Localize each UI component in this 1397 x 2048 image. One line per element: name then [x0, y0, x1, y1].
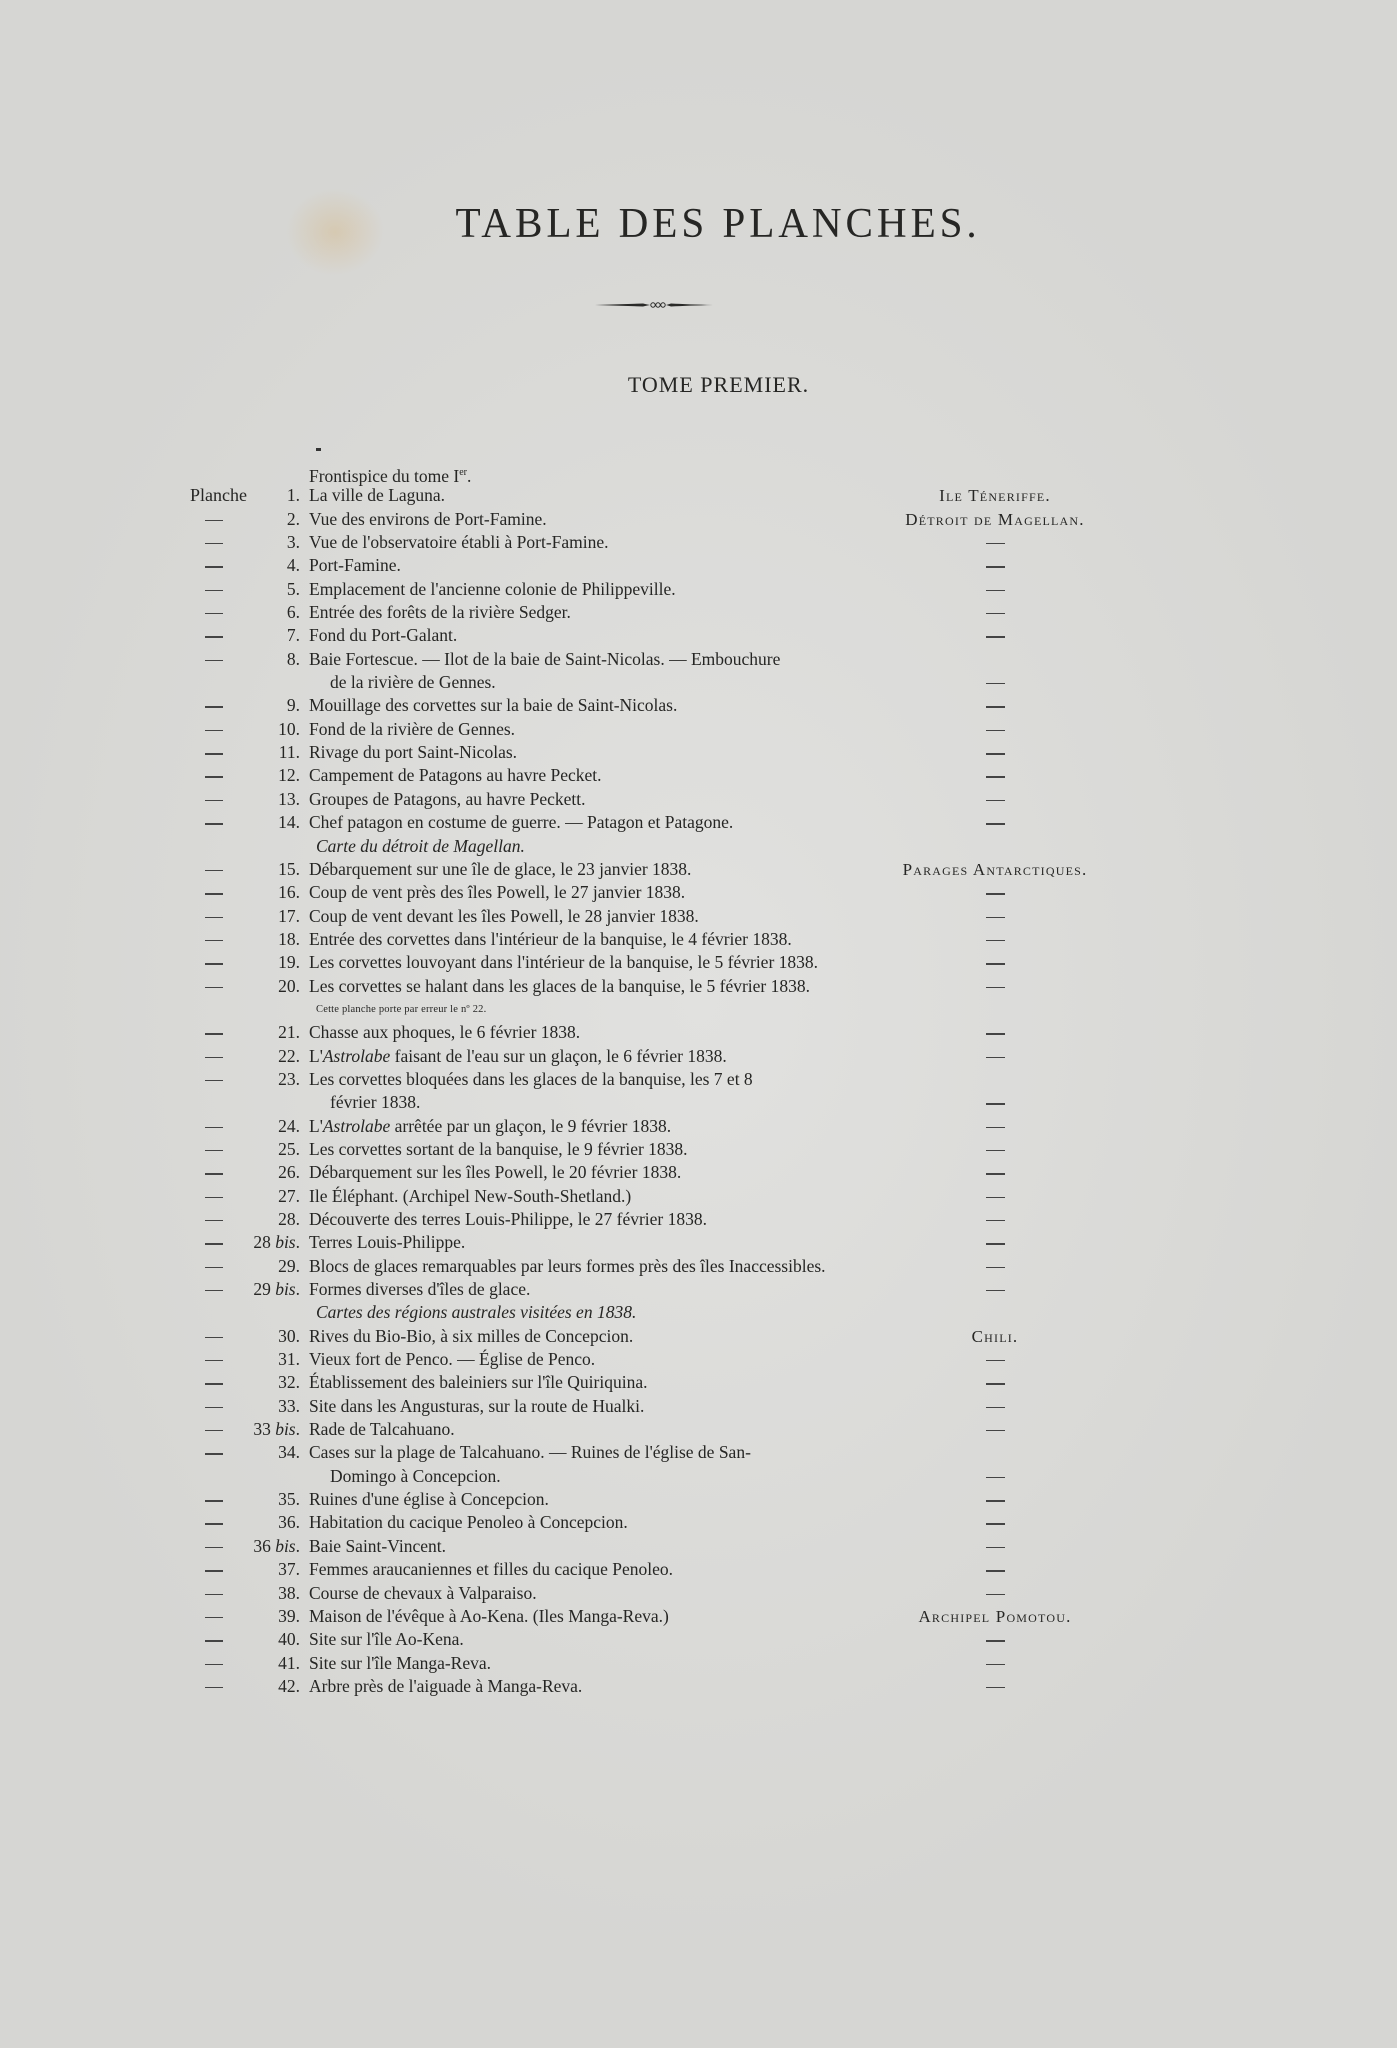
plate-row: 16.Coup de vent près des îles Powell, le…: [0, 881, 1397, 904]
ditto-dash-icon: [205, 1664, 223, 1665]
plate-number: 33.: [278, 1395, 300, 1418]
region-ditto-dash-icon: [986, 1103, 1005, 1104]
plate-row: 19.Les corvettes louvoyant dans l'intéri…: [0, 951, 1397, 974]
region-ditto-dash-icon: [986, 1220, 1005, 1221]
ditto-dash-icon: [205, 1383, 223, 1384]
plates-list: Frontispice du tome Ier. Planche1.La vil…: [0, 461, 1397, 1698]
ditto-dash-icon: [205, 1080, 223, 1081]
plate-number: 28 bis.: [253, 1231, 300, 1254]
plate-row-continuation: février 1838.: [0, 1091, 1397, 1114]
ditto-dash-icon: [205, 1430, 223, 1431]
ditto-dash-icon: [205, 870, 223, 871]
plate-number: 8.: [287, 648, 300, 671]
plate-number: 29 bis.: [253, 1278, 300, 1301]
plate-row: 8.Baie Fortescue. — Ilot de la baie de S…: [0, 648, 1397, 671]
plate-title: Entrée des forêts de la rivière Sedger.: [309, 601, 571, 624]
ditto-dash-icon: [205, 566, 223, 567]
region-ditto-dash-icon: [986, 1523, 1005, 1524]
ditto-dash-icon: [205, 590, 223, 591]
plate-number: 13.: [278, 788, 300, 811]
region-heading: Archipel Pomotou.: [845, 1605, 1145, 1628]
plate-number: 23.: [278, 1068, 300, 1091]
book-page: TABLE DES PLANCHES. TOME PREMIER. Fronti…: [0, 0, 1397, 2048]
plate-number: 28.: [278, 1208, 300, 1231]
ditto-dash-icon: [205, 1057, 223, 1058]
plate-row: 36.Habitation du cacique Penoleo à Conce…: [0, 1511, 1397, 1534]
plate-title: Découverte des terres Louis-Philippe, le…: [309, 1208, 707, 1231]
plate-number: 6.: [287, 601, 300, 624]
plate-number: 36.: [278, 1511, 300, 1534]
region-ditto-dash-icon: [986, 1500, 1005, 1501]
plate-number: 41.: [278, 1652, 300, 1675]
region-ditto-dash-icon: [986, 1430, 1005, 1431]
region-ditto-dash-icon: [986, 1640, 1005, 1641]
ditto-dash-icon: [205, 776, 223, 777]
plate-row: 40.Site sur l'île Ao-Kena.: [0, 1628, 1397, 1651]
ditto-dash-icon: [205, 520, 223, 521]
plate-title: Site sur l'île Ao-Kena.: [309, 1628, 464, 1651]
map-caption-row: Carte du détroit de Magellan.: [0, 835, 1397, 858]
region-ditto-dash-icon: [986, 590, 1005, 591]
ditto-dash-icon: [205, 730, 223, 731]
region-ditto-dash-icon: [986, 1570, 1005, 1571]
plate-title: de la rivière de Gennes.: [330, 671, 496, 694]
printer-mark: [316, 448, 321, 451]
plate-title: L'Astrolabe arrêtée par un glaçon, le 9 …: [309, 1115, 671, 1138]
plate-row-continuation: Domingo à Concepcion.: [0, 1465, 1397, 1488]
plate-row: 17.Coup de vent devant les îles Powell, …: [0, 905, 1397, 928]
plate-row: 13.Groupes de Patagons, au havre Peckett…: [0, 788, 1397, 811]
plate-title: Domingo à Concepcion.: [330, 1465, 501, 1488]
ditto-dash-icon: [205, 893, 223, 894]
ditto-dash-icon: [205, 636, 223, 637]
region-ditto-dash-icon: [986, 1267, 1005, 1268]
region-ditto-dash-icon: [986, 1127, 1005, 1128]
plate-title: Les corvettes bloquées dans les glaces d…: [309, 1068, 753, 1091]
region-ditto-dash-icon: [986, 1243, 1005, 1244]
region-ditto-dash-icon: [986, 1173, 1005, 1174]
ditto-dash-icon: [205, 1640, 223, 1641]
plate-number: 27.: [278, 1185, 300, 1208]
plate-title: Coup de vent près des îles Powell, le 27…: [309, 881, 685, 904]
region-ditto-dash-icon: [986, 1477, 1005, 1478]
plate-number: 11.: [279, 741, 300, 764]
region-ditto-dash-icon: [986, 1407, 1005, 1408]
plate-row: 30.Rives du Bio-Bio, à six milles de Con…: [0, 1325, 1397, 1348]
plate-title: Femmes araucaniennes et filles du caciqu…: [309, 1558, 673, 1581]
plate-row: 41.Site sur l'île Manga-Reva.: [0, 1652, 1397, 1675]
plate-number: 29.: [278, 1255, 300, 1278]
plate-row: 39.Maison de l'évêque à Ao-Kena. (Iles M…: [0, 1605, 1397, 1628]
plate-row: 15.Débarquement sur une île de glace, le…: [0, 858, 1397, 881]
volume-heading: TOME PREMIER.: [0, 372, 1397, 398]
plate-number: 15.: [278, 858, 300, 881]
plate-title: La ville de Laguna.: [309, 484, 445, 507]
plate-number: 22.: [278, 1045, 300, 1068]
ditto-dash-icon: [205, 543, 223, 544]
region-ditto-dash-icon: [986, 1033, 1005, 1034]
errata-note-row: Cette planche porte par erreur le nº 22.: [0, 998, 1397, 1021]
plate-row: 12.Campement de Patagons au havre Pecket…: [0, 764, 1397, 787]
ditto-dash-icon: [205, 1523, 223, 1524]
region-heading: Chili.: [845, 1325, 1145, 1348]
plate-row: 10.Fond de la rivière de Gennes.: [0, 718, 1397, 741]
region-ditto-dash-icon: [986, 917, 1005, 918]
plate-row: 31.Vieux fort de Penco. — Église de Penc…: [0, 1348, 1397, 1371]
plate-number: 36 bis.: [253, 1535, 300, 1558]
plate-row: 7.Fond du Port-Galant.: [0, 624, 1397, 647]
plate-title: Vue des environs de Port-Famine.: [309, 508, 547, 531]
region-ditto-dash-icon: [986, 1594, 1005, 1595]
plate-title: Formes diverses d'îles de glace.: [309, 1278, 530, 1301]
plate-title: Groupes de Patagons, au havre Peckett.: [309, 788, 586, 811]
plate-row: 18.Entrée des corvettes dans l'intérieur…: [0, 928, 1397, 951]
ditto-dash-icon: [205, 1687, 223, 1688]
plate-title: Port-Famine.: [309, 554, 401, 577]
plate-title: Course de chevaux à Valparaiso.: [309, 1582, 537, 1605]
plate-number: 1.: [287, 484, 300, 507]
plate-number: 14.: [278, 811, 300, 834]
errata-note: Cette planche porte par erreur le nº 22.: [316, 998, 486, 1021]
ditto-dash-icon: [205, 800, 223, 801]
ditto-dash-icon: [205, 1197, 223, 1198]
plate-title: Coup de vent devant les îles Powell, le …: [309, 905, 699, 928]
plate-row: 22.L'Astrolabe faisant de l'eau sur un g…: [0, 1045, 1397, 1068]
plate-row: 32.Établissement des baleiniers sur l'îl…: [0, 1371, 1397, 1394]
plate-number: 30.: [278, 1325, 300, 1348]
plate-number: 34.: [278, 1441, 300, 1464]
map-caption: Carte du détroit de Magellan.: [316, 835, 525, 858]
ditto-dash-icon: [205, 917, 223, 918]
ditto-dash-icon: [205, 706, 223, 707]
plate-title: Habitation du cacique Penoleo à Concepci…: [309, 1511, 628, 1534]
plate-row: 20.Les corvettes se halant dans les glac…: [0, 975, 1397, 998]
region-ditto-dash-icon: [986, 776, 1005, 777]
ditto-dash-icon: [205, 1173, 223, 1174]
region-ditto-dash-icon: [986, 753, 1005, 754]
plate-number: 40.: [278, 1628, 300, 1651]
plate-title: Blocs de glaces remarquables par leurs f…: [309, 1255, 826, 1278]
region-heading: Ile Téneriffe.: [845, 484, 1145, 507]
region-ditto-dash-icon: [986, 1687, 1005, 1688]
plate-row: 3.Vue de l'observatoire établi à Port-Fa…: [0, 531, 1397, 554]
planche-label: Planche: [190, 484, 247, 507]
map-caption-row: Cartes des régions australes visitées en…: [0, 1301, 1397, 1324]
plate-row: 28.Découverte des terres Louis-Philippe,…: [0, 1208, 1397, 1231]
ditto-dash-icon: [205, 1220, 223, 1221]
region-ditto-dash-icon: [986, 566, 1005, 567]
region-ditto-dash-icon: [986, 613, 1005, 614]
region-ditto-dash-icon: [986, 987, 1005, 988]
plate-number: 37.: [278, 1558, 300, 1581]
plate-title: Cases sur la plage de Talcahuano. — Ruin…: [309, 1441, 751, 1464]
plate-number: 35.: [278, 1488, 300, 1511]
plate-title: Maison de l'évêque à Ao-Kena. (Iles Mang…: [309, 1605, 669, 1628]
plate-title: Rives du Bio-Bio, à six milles de Concep…: [309, 1325, 633, 1348]
plate-title: Baie Saint-Vincent.: [309, 1535, 446, 1558]
region-ditto-dash-icon: [986, 1150, 1005, 1151]
plate-title: Arbre près de l'aiguade à Manga-Reva.: [309, 1675, 582, 1698]
plate-number: 17.: [278, 905, 300, 928]
plate-title: Entrée des corvettes dans l'intérieur de…: [309, 928, 792, 951]
plate-title: Les corvettes sortant de la banquise, le…: [309, 1138, 688, 1161]
ditto-dash-icon: [205, 660, 223, 661]
plate-number: 2.: [287, 508, 300, 531]
plate-row: 29.Blocs de glaces remarquables par leur…: [0, 1255, 1397, 1278]
ditto-dash-icon: [205, 1127, 223, 1128]
frontispiece-row: Frontispice du tome Ier.: [0, 461, 1397, 484]
plate-row: 25.Les corvettes sortant de la banquise,…: [0, 1138, 1397, 1161]
ditto-dash-icon: [205, 1243, 223, 1244]
plate-number: 25.: [278, 1138, 300, 1161]
plate-title: Vue de l'observatoire établi à Port-Fami…: [309, 531, 609, 554]
plate-title: Emplacement de l'ancienne colonie de Phi…: [309, 578, 676, 601]
plate-number: 21.: [278, 1021, 300, 1044]
plate-title: Les corvettes louvoyant dans l'intérieur…: [309, 951, 818, 974]
plate-number: 19.: [278, 951, 300, 974]
map-caption: Cartes des régions australes visitées en…: [316, 1301, 636, 1324]
plate-number: 5.: [287, 578, 300, 601]
plate-number: 32.: [278, 1371, 300, 1394]
plate-row-continuation: de la rivière de Gennes.: [0, 671, 1397, 694]
plate-title: Débarquement sur les îles Powell, le 20 …: [309, 1161, 681, 1184]
ditto-dash-icon: [205, 1594, 223, 1595]
plate-row: 29 bis.Formes diverses d'îles de glace.: [0, 1278, 1397, 1301]
ditto-dash-icon: [205, 987, 223, 988]
ditto-dash-icon: [205, 1570, 223, 1571]
plate-title: Chasse aux phoques, le 6 février 1838.: [309, 1021, 580, 1044]
plate-row: 5.Emplacement de l'ancienne colonie de P…: [0, 578, 1397, 601]
plate-number: 39.: [278, 1605, 300, 1628]
plate-title: Débarquement sur une île de glace, le 23…: [309, 858, 691, 881]
plate-row: 4.Port-Famine.: [0, 554, 1397, 577]
region-ditto-dash-icon: [986, 940, 1005, 941]
plate-title: Vieux fort de Penco. — Église de Penco.: [309, 1348, 595, 1371]
ornament-divider-icon: [595, 298, 713, 312]
region-ditto-dash-icon: [986, 1290, 1005, 1291]
region-ditto-dash-icon: [986, 1383, 1005, 1384]
plate-row: 6.Entrée des forêts de la rivière Sedger…: [0, 601, 1397, 624]
ditto-dash-icon: [205, 1150, 223, 1151]
plate-number: 24.: [278, 1115, 300, 1138]
region-ditto-dash-icon: [986, 1057, 1005, 1058]
plate-row: 35.Ruines d'une église à Concepcion.: [0, 1488, 1397, 1511]
plate-title: Établissement des baleiniers sur l'île Q…: [309, 1371, 648, 1394]
plate-number: 42.: [278, 1675, 300, 1698]
region-ditto-dash-icon: [986, 1197, 1005, 1198]
plate-title: Mouillage des corvettes sur la baie de S…: [309, 694, 677, 717]
plate-row: 11.Rivage du port Saint-Nicolas.: [0, 741, 1397, 764]
ditto-dash-icon: [205, 1337, 223, 1338]
plate-number: 7.: [287, 624, 300, 647]
ditto-dash-icon: [205, 963, 223, 964]
plate-title: Site dans les Angusturas, sur la route d…: [309, 1395, 644, 1418]
ditto-dash-icon: [205, 1407, 223, 1408]
page-title: TABLE DES PLANCHES.: [14, 200, 1383, 248]
plate-row: 33 bis.Rade de Talcahuano.: [0, 1418, 1397, 1441]
region-ditto-dash-icon: [986, 1360, 1005, 1361]
region-ditto-dash-icon: [986, 706, 1005, 707]
region-heading: Parages Antarctiques.: [845, 858, 1145, 881]
plate-row: 33.Site dans les Angusturas, sur la rout…: [0, 1395, 1397, 1418]
region-ditto-dash-icon: [986, 730, 1005, 731]
region-ditto-dash-icon: [986, 636, 1005, 637]
plate-number: 12.: [278, 764, 300, 787]
plate-row: 27.Ile Éléphant. (Archipel New-South-She…: [0, 1185, 1397, 1208]
plate-number: 10.: [278, 718, 300, 741]
plate-row: 36 bis.Baie Saint-Vincent.: [0, 1535, 1397, 1558]
plate-row: 23.Les corvettes bloquées dans les glace…: [0, 1068, 1397, 1091]
ditto-dash-icon: [205, 1617, 223, 1618]
plate-title: Rivage du port Saint-Nicolas.: [309, 741, 517, 764]
plate-title: Les corvettes se halant dans les glaces …: [309, 975, 810, 998]
region-ditto-dash-icon: [986, 1664, 1005, 1665]
plate-row: 9.Mouillage des corvettes sur la baie de…: [0, 694, 1397, 717]
plate-title: Chef patagon en costume de guerre. — Pat…: [309, 811, 733, 834]
ditto-dash-icon: [205, 1290, 223, 1291]
plate-title: Terres Louis-Philippe.: [309, 1231, 465, 1254]
plate-title: L'Astrolabe faisant de l'eau sur un glaç…: [309, 1045, 727, 1068]
plate-title: Ile Éléphant. (Archipel New-South-Shetla…: [309, 1185, 631, 1208]
plate-number: 18.: [278, 928, 300, 951]
plate-row: 24.L'Astrolabe arrêtée par un glaçon, le…: [0, 1115, 1397, 1138]
plate-row: 34.Cases sur la plage de Talcahuano. — R…: [0, 1441, 1397, 1464]
plate-title: Fond du Port-Galant.: [309, 624, 457, 647]
plate-number: 20.: [278, 975, 300, 998]
plate-title: Ruines d'une église à Concepcion.: [309, 1488, 549, 1511]
ditto-dash-icon: [205, 1500, 223, 1501]
ditto-dash-icon: [205, 613, 223, 614]
region-ditto-dash-icon: [986, 823, 1005, 824]
ditto-dash-icon: [205, 940, 223, 941]
plate-title: Campement de Patagons au havre Pecket.: [309, 764, 602, 787]
plate-row: Planche1.La ville de Laguna.Ile Téneriff…: [0, 484, 1397, 507]
ditto-dash-icon: [205, 823, 223, 824]
region-heading: Détroit de Magellan.: [845, 508, 1145, 531]
plate-row: 26.Débarquement sur les îles Powell, le …: [0, 1161, 1397, 1184]
plate-row: 21.Chasse aux phoques, le 6 février 1838…: [0, 1021, 1397, 1044]
plate-title: Baie Fortescue. — Ilot de la baie de Sai…: [309, 648, 780, 671]
ditto-dash-icon: [205, 1360, 223, 1361]
plate-number: 38.: [278, 1582, 300, 1605]
region-ditto-dash-icon: [986, 893, 1005, 894]
plate-row: 42.Arbre près de l'aiguade à Manga-Reva.: [0, 1675, 1397, 1698]
plate-number: 26.: [278, 1161, 300, 1184]
plate-row: 38.Course de chevaux à Valparaiso.: [0, 1582, 1397, 1605]
plate-title: Site sur l'île Manga-Reva.: [309, 1652, 491, 1675]
region-ditto-dash-icon: [986, 1547, 1005, 1548]
plate-row: 37.Femmes araucaniennes et filles du cac…: [0, 1558, 1397, 1581]
plate-title: février 1838.: [330, 1091, 420, 1114]
plate-number: 9.: [287, 694, 300, 717]
ditto-dash-icon: [205, 1547, 223, 1548]
plate-row: 28 bis.Terres Louis-Philippe.: [0, 1231, 1397, 1254]
plate-number: 16.: [278, 881, 300, 904]
plate-number: 4.: [287, 554, 300, 577]
plate-title: Fond de la rivière de Gennes.: [309, 718, 515, 741]
region-ditto-dash-icon: [986, 963, 1005, 964]
plate-title: Rade de Talcahuano.: [309, 1418, 455, 1441]
ditto-dash-icon: [205, 1453, 223, 1454]
plate-number: 3.: [287, 531, 300, 554]
ditto-dash-icon: [205, 753, 223, 754]
ditto-dash-icon: [205, 1267, 223, 1268]
region-ditto-dash-icon: [986, 800, 1005, 801]
region-ditto-dash-icon: [986, 683, 1005, 684]
plate-row: 14.Chef patagon en costume de guerre. — …: [0, 811, 1397, 834]
plate-number: 33 bis.: [253, 1418, 300, 1441]
ditto-dash-icon: [205, 1033, 223, 1034]
region-ditto-dash-icon: [986, 543, 1005, 544]
plate-number: 31.: [278, 1348, 300, 1371]
plate-row: 2.Vue des environs de Port-Famine.Détroi…: [0, 508, 1397, 531]
